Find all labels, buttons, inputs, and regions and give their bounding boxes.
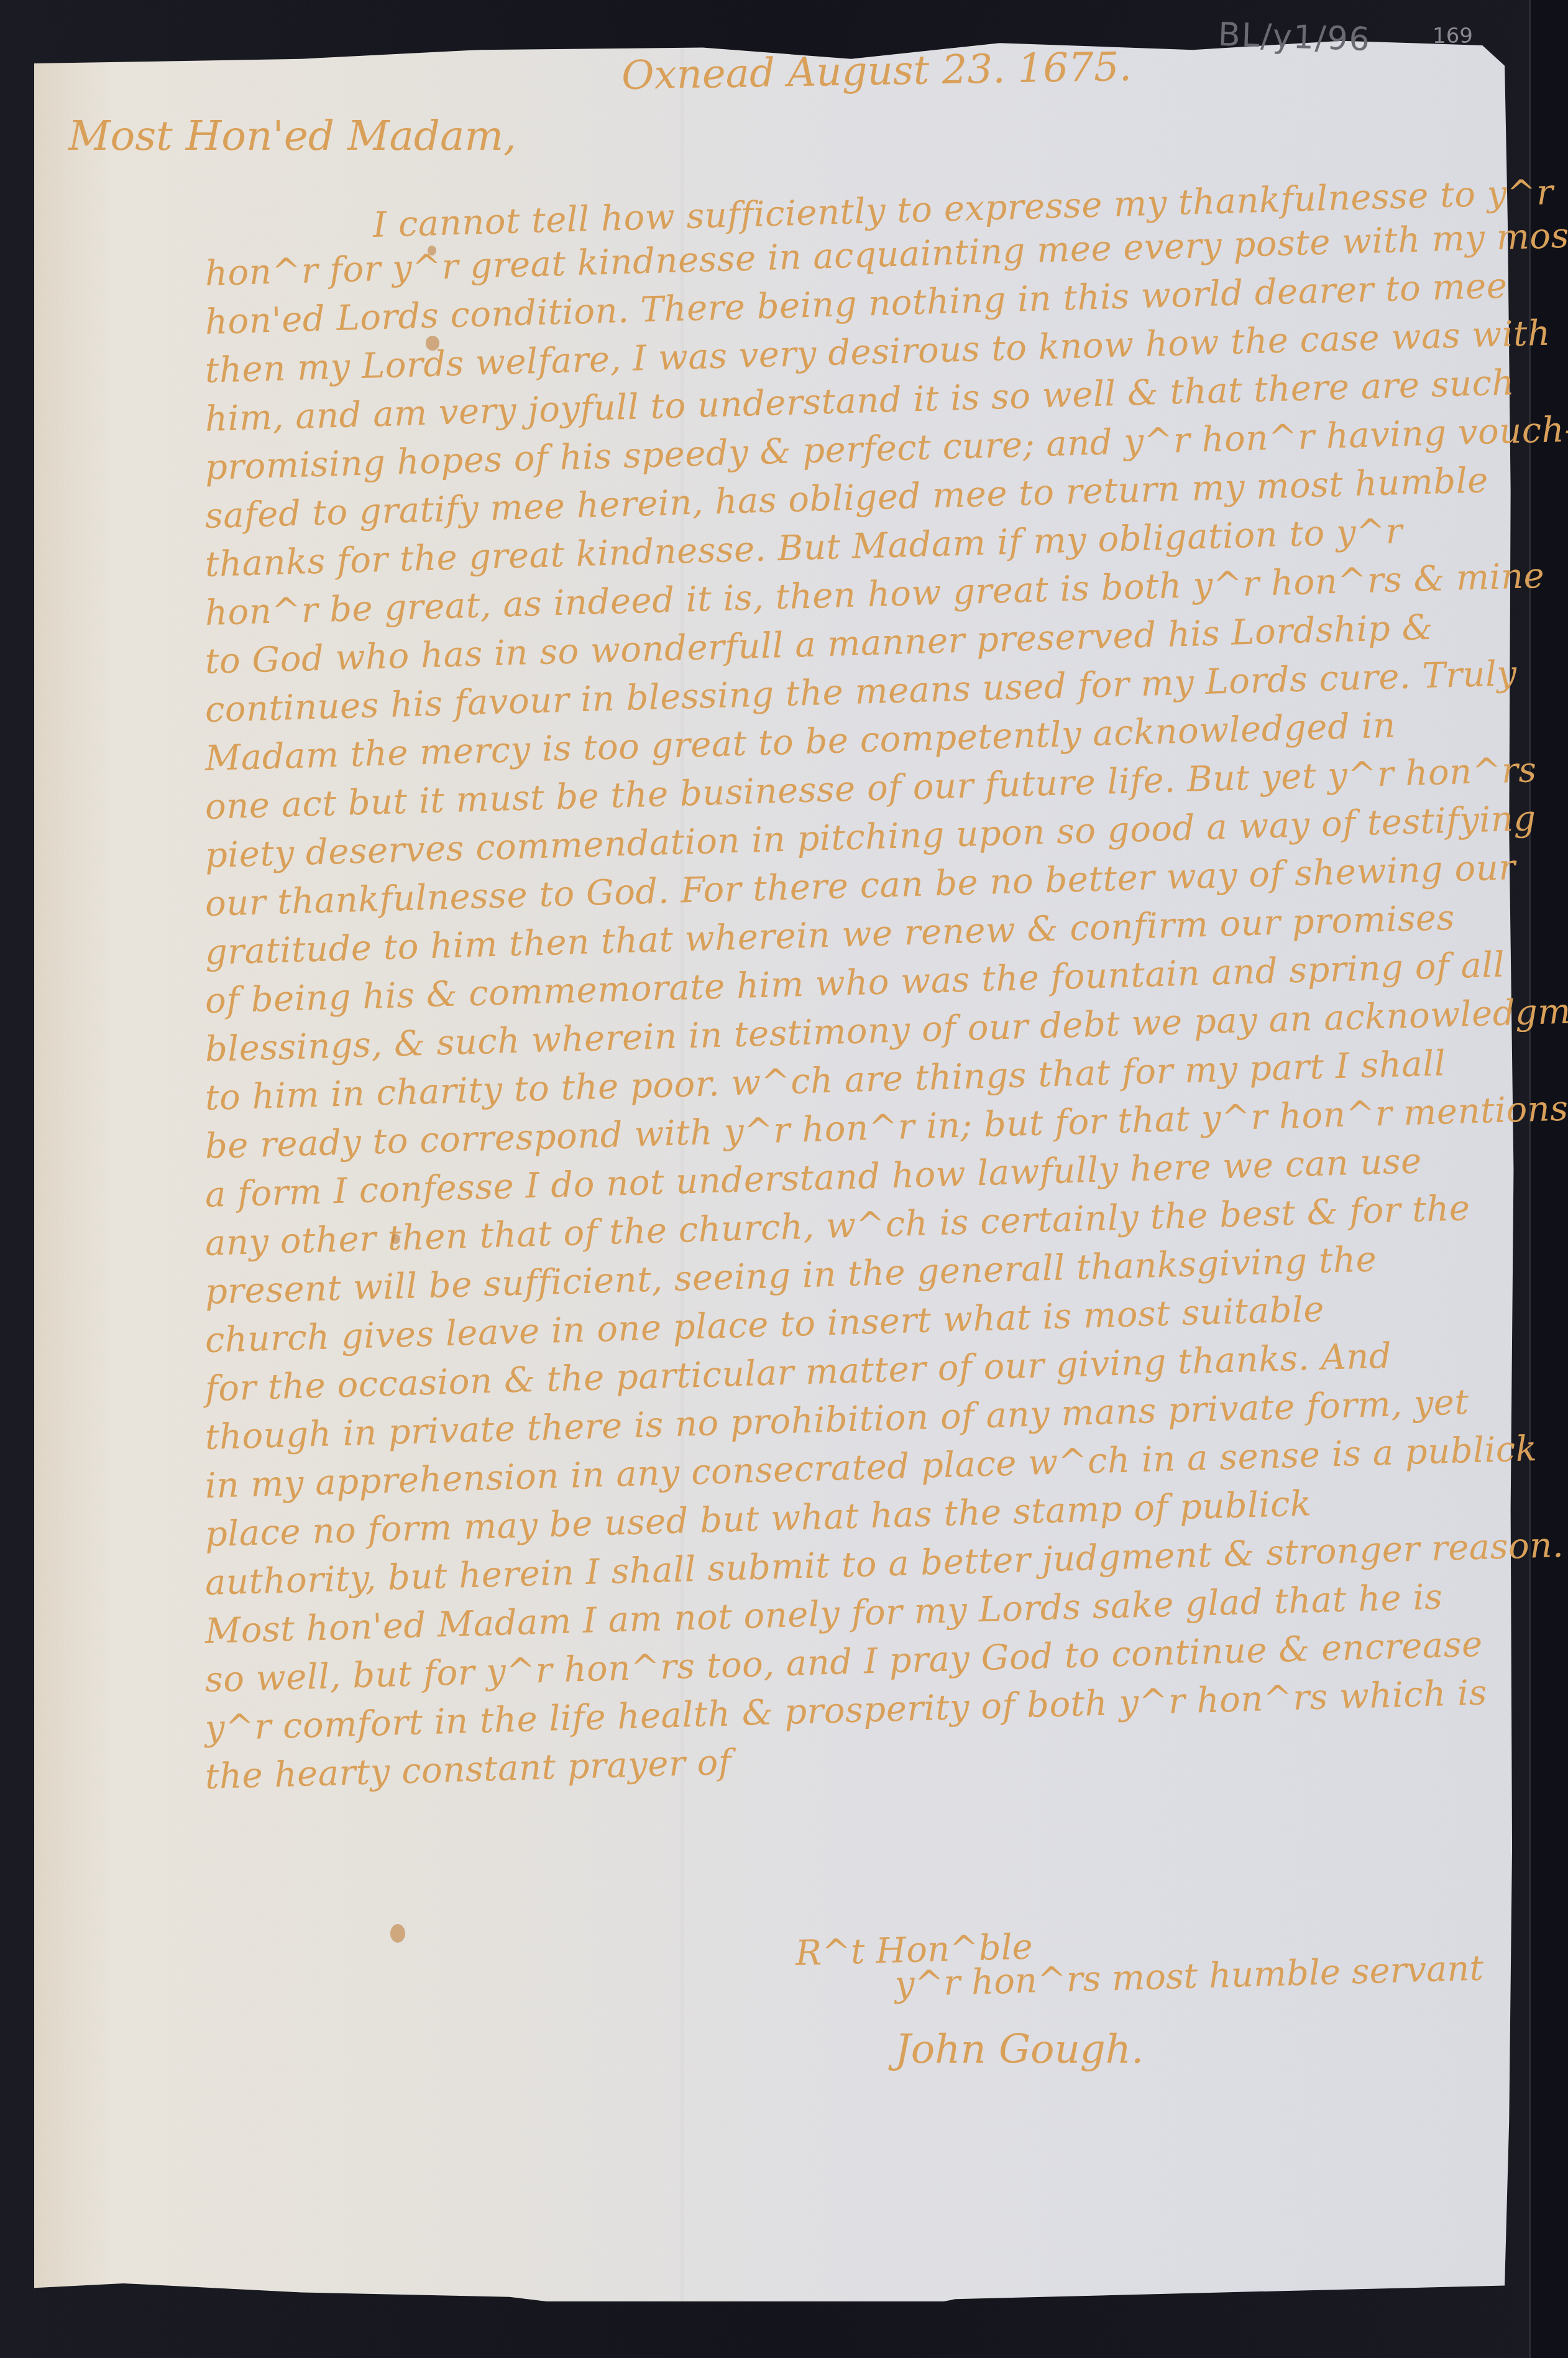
ink-blot bbox=[428, 246, 436, 256]
archive-reference: BL/y1/96 bbox=[1217, 16, 1372, 59]
salutation: Most Hon'ed Madam, bbox=[68, 112, 516, 160]
signature: John Gough. bbox=[895, 2027, 1144, 2073]
ink-blot bbox=[426, 336, 439, 351]
dateline: Oxnead August 23. 1675. bbox=[621, 44, 1132, 99]
ink-blot bbox=[392, 1234, 400, 1244]
ink-blot bbox=[390, 1924, 405, 1943]
folio-number: 169 bbox=[1433, 24, 1473, 48]
